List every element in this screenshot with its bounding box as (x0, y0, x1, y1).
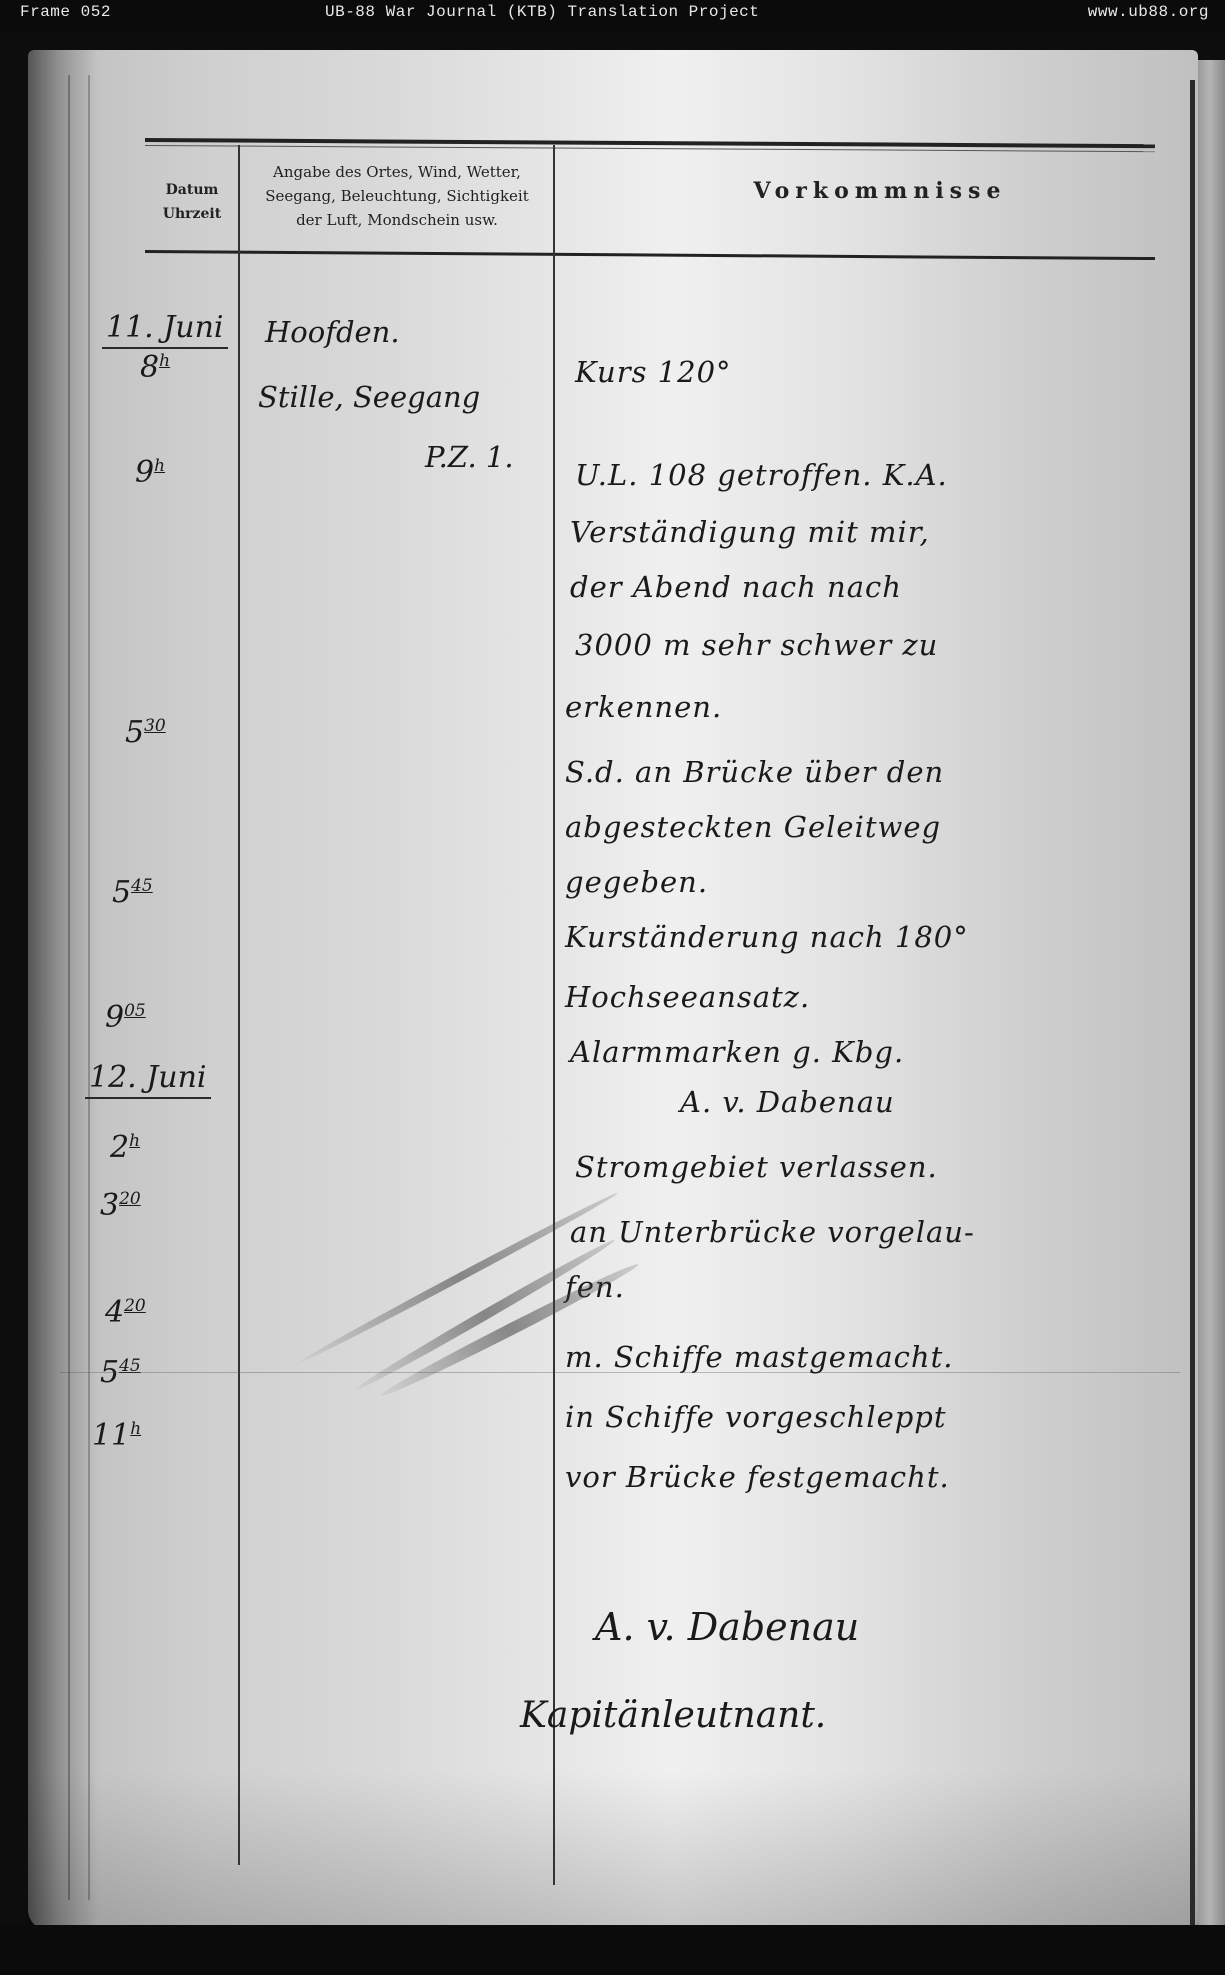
scan-border-bottom (0, 1925, 1225, 1975)
time-entry: 530 (125, 715, 166, 750)
event-line: 3000 m sehr schwer zu (575, 628, 938, 662)
event-initials: A. v. Dabenau (680, 1085, 895, 1119)
event-line: U.L. 108 getroffen. K.A. (575, 458, 948, 492)
time-entry: 2h (110, 1130, 140, 1165)
location-line: P.Z. 1. (425, 440, 514, 474)
header-time-label: Uhrzeit (148, 202, 236, 226)
time-entry: 320 (100, 1188, 141, 1223)
date-entry: 12. Juni (85, 1060, 211, 1099)
page-border-right (1190, 80, 1195, 1925)
event-line: an Unterbrücke vorgelau- (570, 1215, 975, 1249)
event-line: Hochseeansatz. (565, 980, 810, 1014)
event-line: S.d. an Brücke über den (565, 755, 944, 789)
date-entry: 11. Juni (102, 310, 228, 349)
event-line: der Abend nach nach (570, 570, 902, 604)
column-divider-date (238, 145, 240, 1865)
project-title: UB-88 War Journal (KTB) Translation Proj… (325, 3, 759, 21)
event-line: m. Schiffe mastgemacht. (565, 1340, 953, 1374)
event-line: in Schiffe vorgeschleppt (565, 1400, 947, 1434)
column-divider-location (553, 145, 555, 1885)
event-line: gegeben. (565, 865, 708, 899)
header-location-line2: Seegang, Beleuchtung, Sichtigkeit (242, 184, 552, 208)
time-entry: 905 (105, 1000, 146, 1035)
frame-banner: Frame 052 UB-88 War Journal (KTB) Transl… (0, 0, 1225, 32)
header-location-line1: Angabe des Ortes, Wind, Wetter, (242, 160, 552, 184)
event-line: erkennen. (565, 690, 722, 724)
time-entry: 9h (135, 455, 165, 490)
frame-number: Frame 052 (20, 3, 111, 21)
time-entry: 11h (92, 1418, 141, 1453)
header-location-line3: der Luft, Mondschein usw. (242, 208, 552, 232)
time-entry: 420 (105, 1295, 146, 1330)
event-line: Kurständerung nach 180° (565, 920, 969, 954)
event-line: Verständigung mit mir, (570, 515, 930, 549)
project-url: www.ub88.org (1088, 3, 1209, 21)
location-line: Stille, Seegang (258, 380, 480, 414)
signature-rank: Kapitänleutnant. (520, 1695, 826, 1736)
event-line: Stromgebiet verlassen. (575, 1150, 938, 1184)
event-line: Kurs 120° (575, 355, 732, 389)
header-events: Vorkommnisse (700, 178, 1060, 204)
event-line: Alarmmarken g. Kbg. (570, 1035, 904, 1069)
page-margin (68, 75, 90, 1900)
header-location-weather: Angabe des Ortes, Wind, Wetter, Seegang,… (242, 160, 552, 232)
time-entry: 545 (112, 875, 153, 910)
event-line: vor Brücke festgemacht. (565, 1460, 950, 1494)
event-line: abgesteckten Geleitweg (565, 810, 941, 844)
time-entry: 8h (140, 350, 170, 385)
header-date-label: Datum (148, 178, 236, 202)
signature-name: A. v. Dabenau (595, 1605, 859, 1649)
location-line: Hoofden. (265, 315, 400, 349)
header-date-time: Datum Uhrzeit (148, 178, 236, 226)
